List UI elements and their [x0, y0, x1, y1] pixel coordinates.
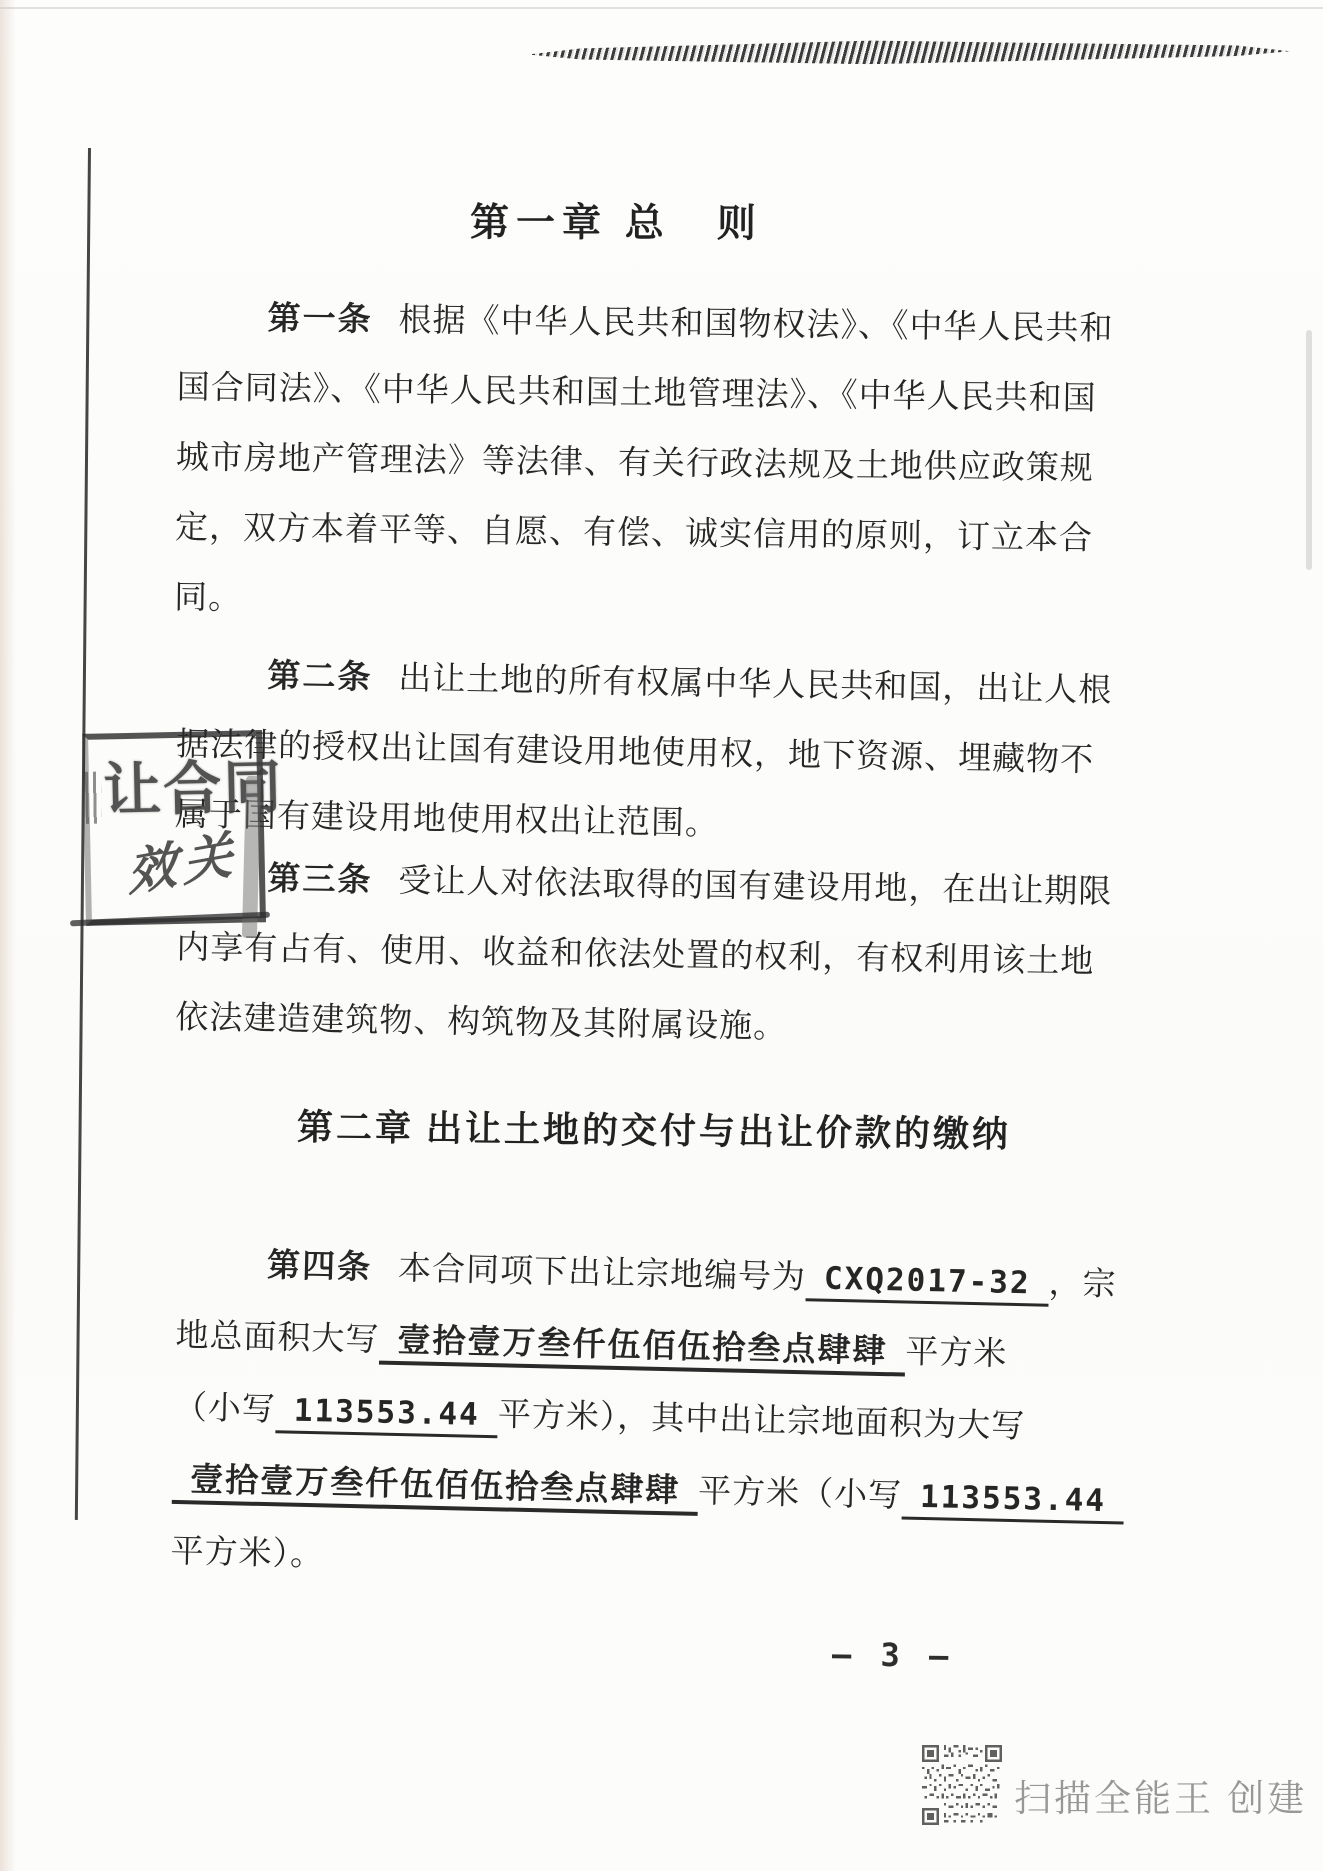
article-3-line-1: 第三条受让人对依法取得的国有建设用地，在出让期限	[177, 843, 978, 926]
total-area-numeric-fill: 113553.44	[275, 1392, 498, 1438]
stamp-handwriting: 效关	[126, 814, 239, 906]
total-area-capital-fill: 壹拾壹万叁仟伍佰伍拾叁点肆肆	[379, 1323, 906, 1377]
scan-left-edge-strip	[0, 0, 16, 1871]
parcel-number-fill: CXQ2017-32	[805, 1260, 1049, 1306]
article-2: 第二条出让土地的所有权属中华人民共和国，出让人根 据法律的授权出让国有建设用地使…	[174, 640, 978, 864]
scan-right-smudge	[1306, 330, 1312, 570]
chapter-1-title: 第一章 总 则	[470, 191, 763, 248]
article-3-text-1: 受让人对依法取得的国有建设用地，在出让期限	[398, 863, 1112, 910]
article-3-label: 第三条	[267, 861, 373, 899]
article-4-text-3: （小写	[174, 1390, 277, 1428]
scanner-watermark-text: 扫描全能王 创建	[1014, 1768, 1307, 1822]
scan-top-hairline	[0, 7, 1323, 9]
article-4-text-2b: 平方米	[905, 1335, 1008, 1373]
chapter-2-title: 第二章 出让土地的交付与出让价款的缴纳	[297, 1099, 1012, 1157]
qr-code-icon	[922, 1744, 1002, 1826]
article-1-line-4: 定，双方本着平等、自愿、有偿、诚实信用的原则，订立本合	[175, 493, 976, 573]
article-4-text-4: 平方米（小写	[698, 1474, 903, 1515]
article-4-text-3b: 平方米），其中出让宗地面积为大写	[497, 1397, 1025, 1445]
article-1: 第一条根据《中华人民共和国物权法》、《中华人民共和 国合同法》、《中华人民共和国…	[174, 283, 978, 643]
article-1-line-1: 第一条根据《中华人民共和国物权法》、《中华人民共和	[177, 283, 978, 363]
article-2-text-1: 出让土地的所有权属中华人民共和国，出让人根	[398, 661, 1113, 709]
page-number: — 3 —	[832, 1635, 954, 1675]
contract-stamp: 让合同 效关	[82, 730, 266, 926]
transfer-area-capital-fill: 壹拾壹万叁仟伍佰伍拾叁点肆肆	[172, 1462, 699, 1516]
article-4: 第四条本合同项下出让宗地编号为CXQ2017-32，宗 地总面积大写壹拾壹万叁仟…	[170, 1228, 978, 1606]
article-4-label: 第四条	[267, 1248, 373, 1286]
article-3-line-3: 依法建造建筑物、构筑物及其附属设施。	[175, 983, 976, 1066]
article-2-label: 第二条	[267, 659, 373, 697]
article-1-line-2: 国合同法》、《中华人民共和国土地管理法》、《中华人民共和国	[176, 353, 977, 433]
article-3: 第三条受让人对依法取得的国有建设用地，在出让期限 内享有占有、使用、收益和依法处…	[175, 843, 978, 1066]
article-4-text-2: 地总面积大写	[175, 1318, 380, 1359]
article-1-text-1: 根据《中华人民共和国物权法》、《中华人民共和	[398, 303, 1113, 348]
article-1-label: 第一条	[267, 301, 372, 338]
article-1-line-3: 城市房地产管理法》等法律、有关行政法规及土地供应政策规	[175, 423, 976, 503]
stamp-partial-glyph	[85, 771, 102, 823]
scan-binding-stripe	[528, 38, 1290, 66]
article-1-line-5: 同。	[174, 563, 975, 643]
article-4-text-1b: ，宗	[1048, 1266, 1117, 1304]
scanned-document-page: 第一章 总 则 第一条根据《中华人民共和国物权法》、《中华人民共和 国合同法》、…	[0, 0, 1323, 1871]
article-4-text-1: 本合同项下出让宗地编号为	[398, 1251, 807, 1296]
article-3-line-2: 内享有占有、使用、收益和依法处置的权利，有权利用该土地	[176, 913, 977, 996]
transfer-area-numeric-fill: 113553.44	[902, 1479, 1125, 1525]
